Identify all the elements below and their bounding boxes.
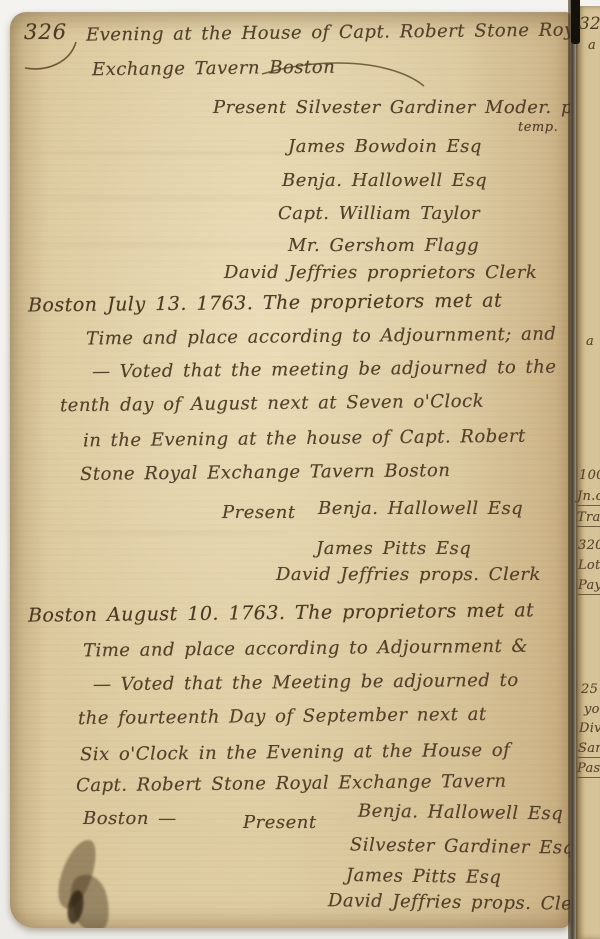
clerk-signature: David Jeffries proprietors Clerk: [224, 262, 537, 283]
manuscript-line: Time and place according to Adjournment …: [83, 636, 528, 662]
page-number-flourish: [22, 40, 84, 82]
marginalia-entry: yo: [584, 702, 600, 717]
marginalia-entry: 100: [579, 468, 600, 483]
manuscript-line: temp.: [518, 120, 558, 135]
marginalia-entry: a: [586, 334, 594, 349]
manuscript-line: Stone Royal Exchange Tavern Boston: [80, 460, 451, 485]
bleed-through: [40, 197, 300, 199]
attendee-name: James Pitts Esq: [316, 538, 471, 559]
manuscript-line: Evening at the House of Capt. Robert Sto…: [86, 19, 570, 45]
manuscript-line: the fourteenth Day of September next at: [78, 704, 487, 729]
attendee-name: James Pitts Esq: [346, 865, 502, 888]
bleed-through: [50, 532, 290, 534]
manuscript-line: Present Silvester Gardiner Moder. pro: [213, 97, 570, 118]
manuscript-line: tenth day of August next at Seven o'Cloc…: [60, 391, 484, 416]
clerk-signature: David Jeffries props. Clerk: [276, 564, 541, 585]
attendee-name: Benja. Hallowell Esq: [358, 801, 563, 825]
attendee-name: Capt. William Taylor: [278, 203, 480, 224]
adjacent-page-number: 32: [579, 14, 600, 34]
manuscript-line: Boston —: [83, 808, 177, 829]
manuscript-line: Time and place according to Adjournment;…: [86, 324, 557, 350]
marginalia-entry: Div: [579, 721, 600, 736]
marginalia-entry: 320: [578, 538, 600, 553]
bleed-through: [30, 152, 330, 154]
manuscript-line: Present: [222, 502, 296, 523]
boston-flourish: [260, 54, 430, 96]
attendee-name: James Bowdoin Esq: [288, 136, 482, 157]
clerk-signature: David Jeffries props. Clerk: [328, 890, 570, 915]
marginalia-entry: Jn.o: [577, 489, 600, 506]
marginalia-entry: Pass: [577, 761, 600, 778]
attendee-name: Mr. Gershom Flagg: [288, 235, 479, 256]
manuscript-line: Capt. Robert Stone Royal Exchange Tavern: [76, 771, 507, 797]
manuscript-line: — Voted that the Meeting be adjourned to: [93, 670, 519, 695]
marginalia-entry: 25: [581, 682, 598, 697]
entry-dateline: Boston July 13. 1763. The proprietors me…: [28, 290, 502, 317]
marginalia-entry: a: [588, 38, 596, 53]
marginalia-entry: Tran: [577, 510, 600, 527]
attendee-name: Benja. Hallowell Esq: [282, 170, 487, 191]
manuscript-scan: 326 Evening at the House of Capt. Robert…: [0, 0, 600, 939]
entry-dateline: Boston August 10. 1763. The proprietors …: [28, 599, 534, 626]
marginalia-entry: Sam: [578, 741, 600, 758]
binding-gutter: [568, 0, 578, 939]
attendee-name: Benja. Hallowell Esq: [318, 498, 523, 519]
attendee-name: Silvester Gardiner Esq: [350, 834, 570, 858]
bleed-through: [34, 244, 324, 246]
manuscript-line: in the Evening at the house of Capt. Rob…: [83, 426, 526, 452]
manuscript-line: Six o'Clock in the Evening at the House …: [80, 740, 511, 766]
marginalia-entry: Lott: [578, 558, 600, 573]
manuscript-line: — Voted that the meeting be adjourned to…: [92, 357, 557, 383]
manuscript-page: 326 Evening at the House of Capt. Robert…: [10, 12, 570, 928]
manuscript-line: Present: [243, 812, 317, 833]
marginalia-entry: Pay: [578, 578, 600, 595]
